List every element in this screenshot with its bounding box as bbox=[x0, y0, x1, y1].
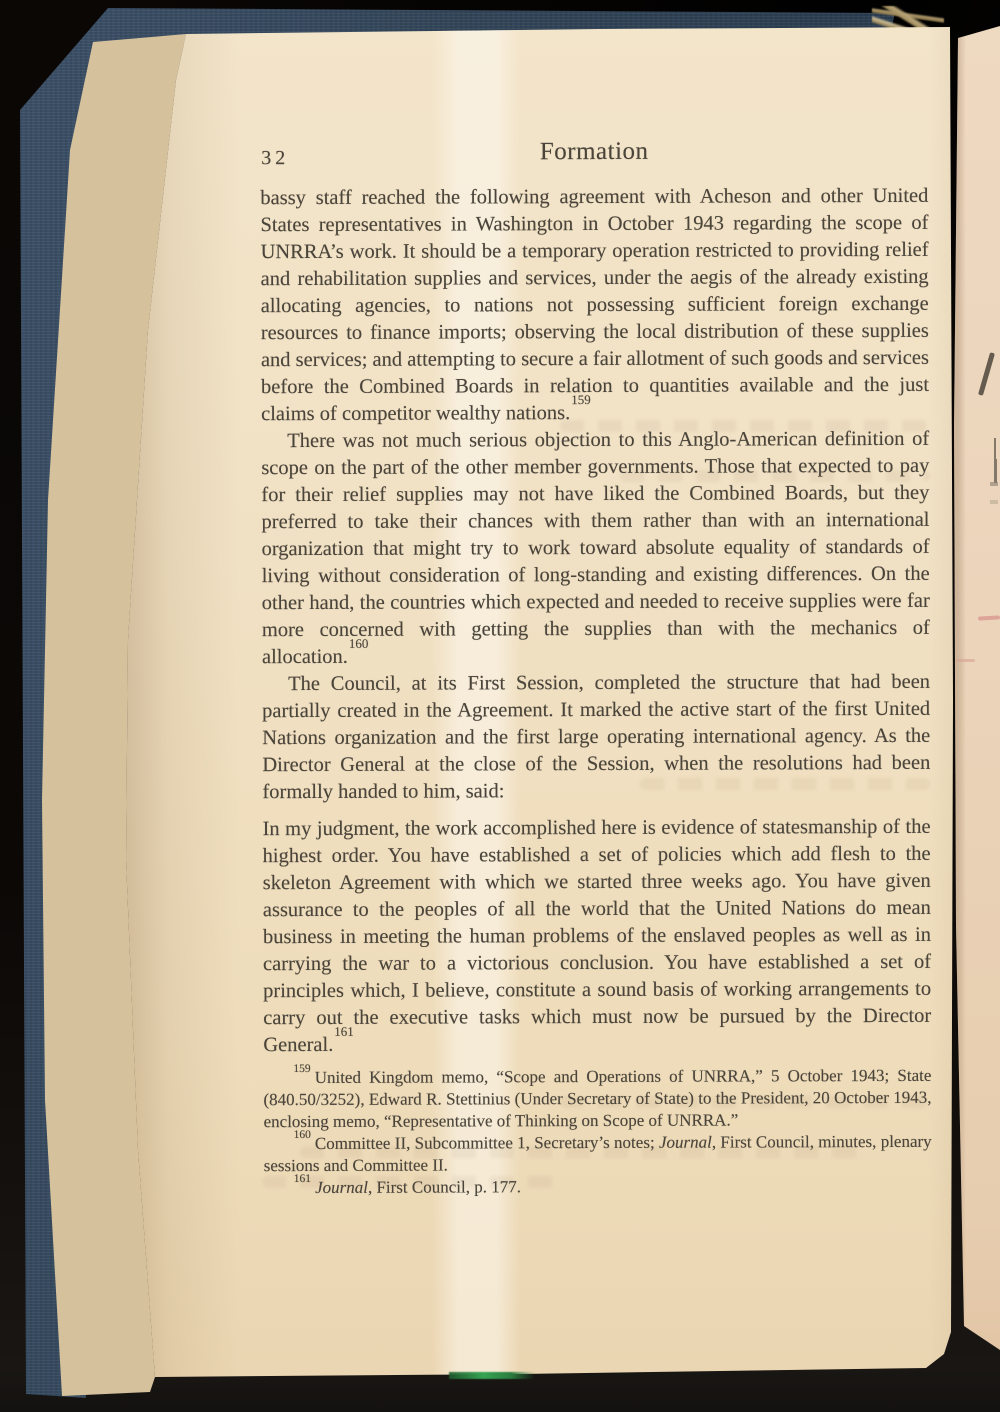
page-header: 32 Formation bbox=[260, 137, 928, 185]
footnote-text: , First Council, p. 177. bbox=[368, 1177, 521, 1197]
footnote-number: 159 bbox=[293, 1063, 310, 1075]
paragraph-text: There was not much serious objection to … bbox=[261, 428, 930, 668]
journal-title: Journal bbox=[659, 1133, 712, 1152]
footnote-160: 160Committee II, Subcommittee 1, Secreta… bbox=[264, 1131, 932, 1177]
footnote-reference: 161 bbox=[334, 1024, 354, 1039]
facing-page-sliver bbox=[952, 26, 1000, 1350]
paragraph-text: bassy staff reached the following agreem… bbox=[260, 185, 929, 425]
paragraph: bassy staff reached the following agreem… bbox=[260, 183, 929, 428]
pink-ink-mark bbox=[956, 659, 975, 662]
page-content: 32 Formation bassy staff reached the fol… bbox=[260, 137, 932, 1199]
footnote-text: Committee II, Subcommittee 1, Secretary’… bbox=[315, 1133, 659, 1153]
footnote-number: 161 bbox=[294, 1173, 311, 1185]
scan-artifact-green bbox=[449, 1372, 535, 1379]
quote-text: In my judgment, the work accomplished he… bbox=[263, 816, 932, 1056]
facing-page-partial-letter bbox=[989, 438, 994, 464]
paragraph: The Council, at its First Session, compl… bbox=[262, 669, 930, 806]
footnotes-section: 159United Kingdom memo, “Scope and Opera… bbox=[263, 1065, 931, 1199]
footnote-159: 159United Kingdom memo, “Scope and Opera… bbox=[263, 1065, 931, 1133]
paragraph: There was not much serious objection to … bbox=[261, 426, 930, 671]
paragraph-text: The Council, at its First Session, compl… bbox=[262, 671, 930, 803]
running-head: Formation bbox=[260, 137, 928, 167]
footnote-number: 160 bbox=[294, 1129, 311, 1141]
journal-title: Journal bbox=[315, 1178, 368, 1197]
book-photo-scene: 32 Formation bassy staff reached the fol… bbox=[0, 0, 1000, 1412]
facing-page-faint-mark bbox=[990, 482, 998, 486]
block-quote: In my judgment, the work accomplished he… bbox=[263, 814, 932, 1059]
footnote-reference: 160 bbox=[349, 636, 369, 651]
footnote-text: United Kingdom memo, “Scope and Operatio… bbox=[263, 1066, 931, 1131]
footnote-161: 161Journal, First Council, p. 177. bbox=[264, 1175, 932, 1199]
body-text: bassy staff reached the following agreem… bbox=[260, 183, 931, 1059]
page-number: 32 bbox=[261, 147, 289, 170]
footnote-reference: 159 bbox=[571, 392, 591, 407]
